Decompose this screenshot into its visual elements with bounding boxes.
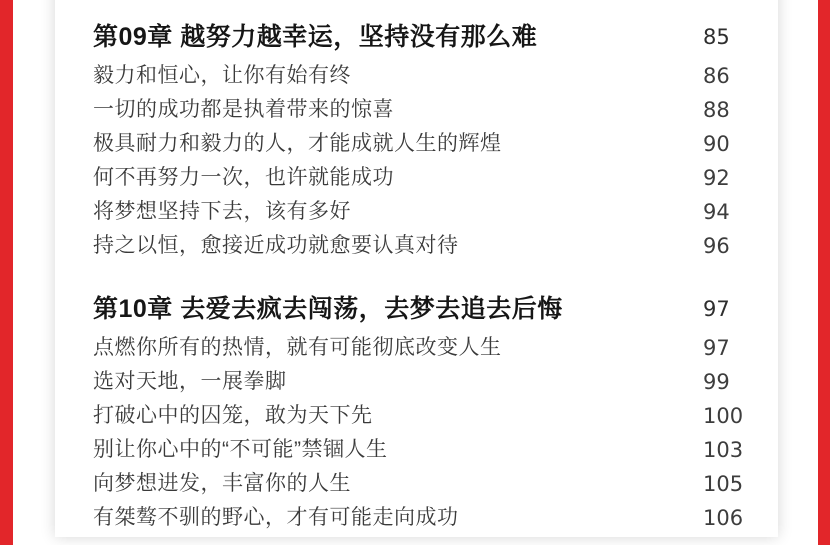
page-number: 88 <box>703 93 730 127</box>
page-number: 100 <box>703 399 743 433</box>
toc-entry-row: 何不再努力一次，也许就能成功92 <box>93 161 753 195</box>
entry-title: 极具耐力和毅力的人，才能成就人生的辉煌 <box>93 127 502 161</box>
toc-chapter-row: 第09章 越努力越幸运，坚持没有那么难85 <box>93 20 753 54</box>
entry-title: 一切的成功都是执着带来的惊喜 <box>93 93 394 127</box>
entry-title: 将梦想坚持下去，该有多好 <box>93 195 351 229</box>
toc-entry-row: 点燃你所有的热情，就有可能彻底改变人生97 <box>93 331 753 365</box>
entry-title: 别让你心中的“不可能”禁锢人生 <box>93 433 388 467</box>
toc-entry-row: 极具耐力和毅力的人，才能成就人生的辉煌90 <box>93 127 753 161</box>
toc-entry-row: 选对天地，一展拳脚99 <box>93 365 753 399</box>
left-red-border <box>0 0 13 545</box>
page-number: 96 <box>703 229 730 263</box>
page-number: 94 <box>703 195 730 229</box>
right-red-border <box>818 0 830 545</box>
page-number: 92 <box>703 161 730 195</box>
entry-title: 持之以恒，愈接近成功就愈要认真对待 <box>93 229 459 263</box>
toc-entry-row: 有桀骜不驯的野心，才有可能走向成功106 <box>93 501 753 535</box>
toc-entry-row: 将梦想坚持下去，该有多好94 <box>93 195 753 229</box>
toc-entry-row: 向梦想进发，丰富你的人生105 <box>93 467 753 501</box>
book-detail-page: 第09章 越努力越幸运，坚持没有那么难85毅力和恒心，让你有始有终86一切的成功… <box>0 0 830 545</box>
entry-title: 有桀骜不驯的野心，才有可能走向成功 <box>93 501 459 535</box>
entry-title: 何不再努力一次，也许就能成功 <box>93 161 394 195</box>
page-number: 85 <box>703 20 730 54</box>
entry-title: 选对天地，一展拳脚 <box>93 365 287 399</box>
chapter-title: 第09章 越努力越幸运，坚持没有那么难 <box>93 20 537 54</box>
toc-entry-row: 毅力和恒心，让你有始有终86 <box>93 59 753 93</box>
page-number: 86 <box>703 59 730 93</box>
toc-entry-row: 别让你心中的“不可能”禁锢人生103 <box>93 433 753 467</box>
page-number: 106 <box>703 501 743 535</box>
chapter-title: 第10章 去爱去疯去闯荡，去梦去追去后悔 <box>93 292 563 326</box>
entry-title: 向梦想进发，丰富你的人生 <box>93 467 351 501</box>
page-number: 103 <box>703 433 743 467</box>
page-number: 90 <box>703 127 730 161</box>
toc-chapter-row: 第10章 去爱去疯去闯荡，去梦去追去后悔97 <box>93 292 753 326</box>
page-number: 97 <box>703 292 730 326</box>
entry-title: 打破心中的囚笼，敢为天下先 <box>93 399 373 433</box>
toc-entry-row: 打破心中的囚笼，敢为天下先100 <box>93 399 753 433</box>
page-number: 97 <box>703 331 730 365</box>
toc-entry-row: 一切的成功都是执着带来的惊喜88 <box>93 93 753 127</box>
page-number: 99 <box>703 365 730 399</box>
page-number: 105 <box>703 467 743 501</box>
toc-card: 第09章 越努力越幸运，坚持没有那么难85毅力和恒心，让你有始有终86一切的成功… <box>55 0 778 537</box>
entry-title: 毅力和恒心，让你有始有终 <box>93 59 351 93</box>
entry-title: 点燃你所有的热情，就有可能彻底改变人生 <box>93 331 502 365</box>
toc-entry-row: 持之以恒，愈接近成功就愈要认真对待96 <box>93 229 753 263</box>
